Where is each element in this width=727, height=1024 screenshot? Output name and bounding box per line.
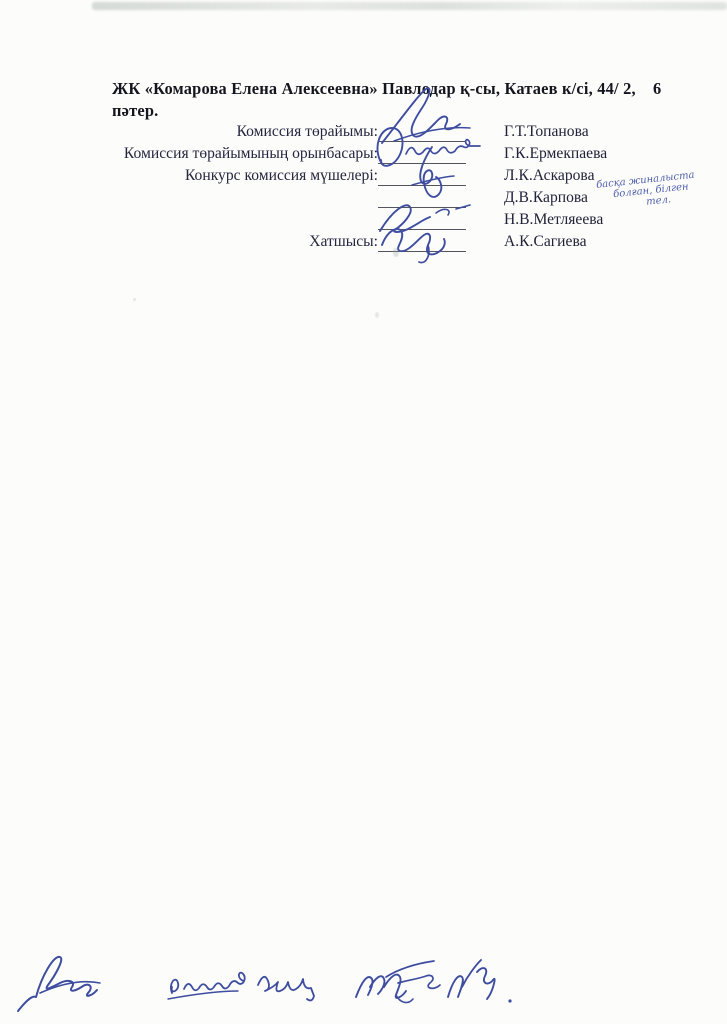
role-label: Комиссия төрайымы: — [100, 122, 378, 142]
scan-streak-artifact — [92, 2, 727, 10]
bottom-signature-5 — [448, 960, 512, 1003]
member-name: А.К.Сагиева — [504, 232, 587, 252]
member-name: Г.К.Ермекпаева — [504, 144, 607, 164]
bottom-signature-2 — [168, 973, 245, 999]
scan-speck-artifact — [393, 248, 399, 257]
signature-line — [378, 234, 466, 252]
member-name: Н.В.Метляеева — [504, 210, 603, 230]
member-name: Г.Т.Топанова — [504, 122, 589, 142]
member-name: Д.В.Карпова — [504, 188, 588, 208]
bottom-page-signatures — [0, 935, 727, 1020]
bottom-signature-3 — [258, 977, 314, 1001]
member-name: Л.К.Аскарова — [504, 166, 595, 186]
signature-stroke-sagieva — [374, 213, 474, 265]
bottom-signature-4 — [356, 961, 440, 1002]
role-label: Хатшысы: — [100, 232, 378, 252]
role-label: Комиссия төрайымының орынбасары: — [100, 144, 378, 164]
signature-line — [378, 168, 466, 186]
role-label: Конкурс комиссия мүшелері: — [100, 166, 378, 186]
scan-speck-artifact — [375, 312, 379, 318]
scanned-document-page: ЖК «Комарова Елена Алексеевна» Павлодар … — [0, 0, 727, 1024]
bottom-signature-1 — [18, 957, 100, 1011]
signature-row-secretary: Хатшысы: А.К.Сагиева — [100, 230, 720, 252]
scan-speck-artifact — [133, 298, 136, 301]
